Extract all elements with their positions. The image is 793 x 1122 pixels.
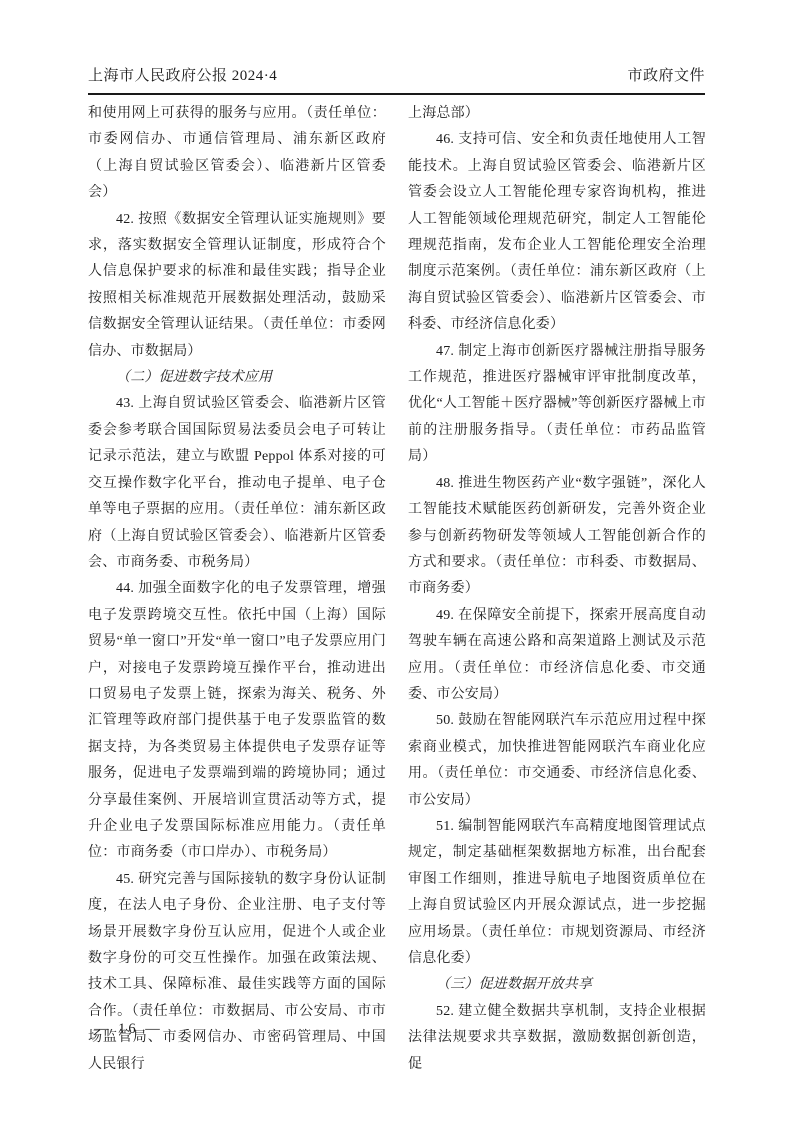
footer-page-number: — 16 — — [94, 1021, 163, 1038]
paragraph-item-46: 46. 支持可信、安全和负责任地使用人工智能技术。上海自贸试验区管委会、临港新片… — [408, 127, 706, 338]
paragraph-item-43: 43. 上海自贸试验区管委会、临港新片区管委会参考联合国国际贸易法委员会电子可转… — [88, 391, 386, 576]
paragraph-item-42: 42. 按照《数据安全管理认证实施规则》要求，落实数据安全管理认证制度，形成符合… — [88, 207, 386, 365]
paragraph-item-47: 47. 制定上海市创新医疗器械注册指导服务工作规范，推进医疗器械审评审批制度改革… — [408, 339, 706, 471]
running-header: 上海市人民政府公报 2024·4 市政府文件 — [88, 64, 705, 85]
right-column: 上海总部） 46. 支持可信、安全和负责任地使用人工智能技术。上海自贸试验区管委… — [408, 101, 706, 1078]
paragraph-item-49: 49. 在保障安全前提下，探索开展高度自动驾驶车辆在高速公路和高架道路上测试及示… — [408, 603, 706, 709]
header-journal-title: 上海市人民政府公报 2024·4 — [88, 64, 277, 85]
section-heading-2: （二）促进数字技术应用 — [88, 365, 386, 391]
section-heading-3: （三）促进数据开放共享 — [408, 972, 706, 998]
paragraph-item-48: 48. 推进生物医药产业“数字强链”，深化人工智能技术赋能医药创新研发，完善外资… — [408, 471, 706, 603]
paragraph-continuation: 上海总部） — [408, 101, 706, 127]
header-rule — [88, 93, 705, 95]
paragraph-continuation: 和使用网上可获得的服务与应用。（责任单位：市委网信办、市通信管理局、浦东新区政府… — [88, 101, 386, 207]
header-section-label: 市政府文件 — [627, 64, 705, 85]
paragraph-item-45: 45. 研究完善与国际接轨的数字身份认证制度，在法人电子身份、企业注册、电子支付… — [88, 867, 386, 1078]
paragraph-item-52: 52. 建立健全数据共享机制，支持企业根据法律法规要求共享数据，激励数据创新创造… — [408, 999, 706, 1078]
paragraph-item-51: 51. 编制智能网联汽车高精度地图管理试点规定，制定基础框架数据地方标准，出台配… — [408, 814, 706, 972]
left-column: 和使用网上可获得的服务与应用。（责任单位：市委网信办、市通信管理局、浦东新区政府… — [88, 101, 386, 1078]
gazette-page: 上海市人民政府公报 2024·4 市政府文件 和使用网上可获得的服务与应用。（责… — [0, 0, 793, 1122]
paragraph-item-44: 44. 加强全面数字化的电子发票管理，增强电子发票跨境交互性。依托中国（上海）国… — [88, 576, 386, 866]
paragraph-item-50: 50. 鼓励在智能网联汽车示范应用过程中探索商业模式，加快推进智能网联汽车商业化… — [408, 708, 706, 814]
